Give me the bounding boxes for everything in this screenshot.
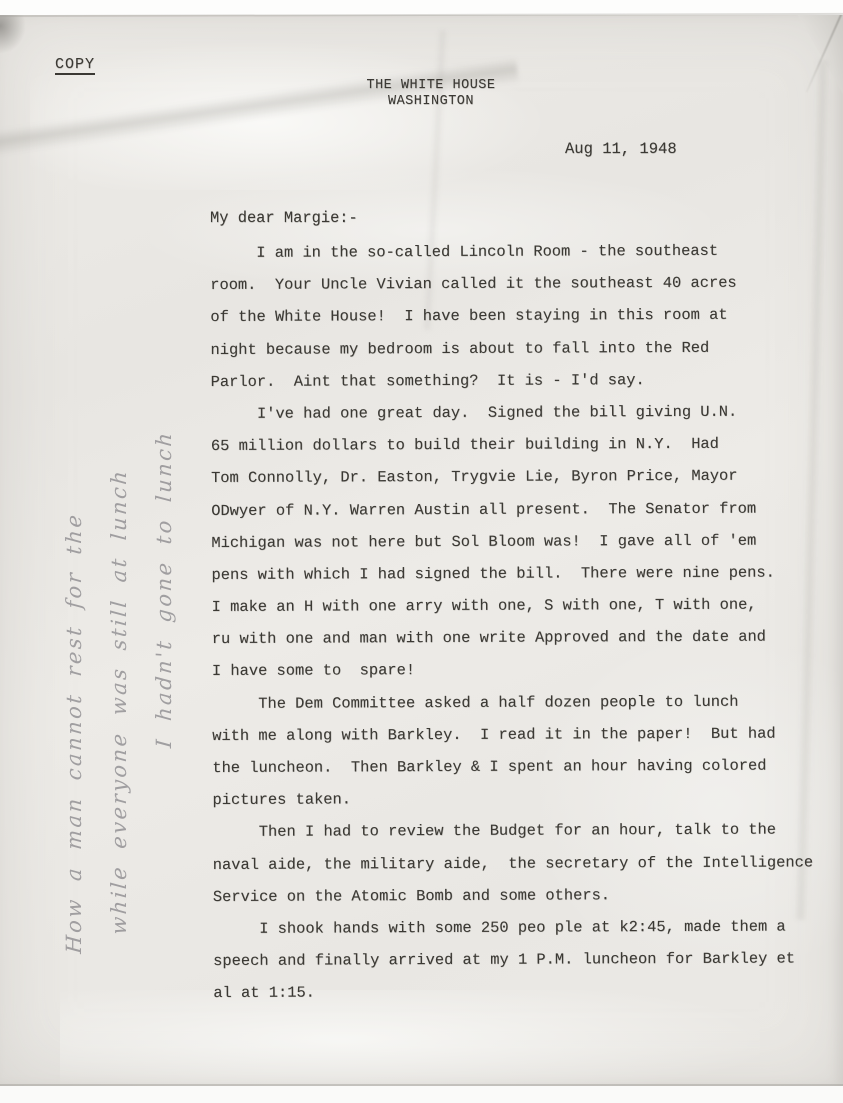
typed-line: Michigan was not here but Sol Bloom was!… xyxy=(211,524,811,559)
typed-line: with me along with Barkley. I read it in… xyxy=(212,717,812,752)
typed-line: ru with one and man with one write Appro… xyxy=(212,621,812,656)
letterhead-line2: WASHINGTON xyxy=(331,94,531,110)
copy-stamp: COPY xyxy=(55,56,95,75)
typed-line: I have some to spare! xyxy=(212,653,812,688)
typed-line: pens with which I had signed the bill. T… xyxy=(211,556,811,591)
typed-line: Parlor. Aint that something? It is - I'd… xyxy=(211,363,811,398)
letter-body: I am in the so-called Lincoln Room - the… xyxy=(210,234,814,1009)
typed-line: of the White House! I have been staying … xyxy=(210,299,810,334)
letterhead: THE WHITE HOUSE WASHINGTON xyxy=(331,78,531,110)
typed-line: naval aide, the military aide, the secre… xyxy=(213,846,813,881)
handwritten-marginalia: How a man cannot rest for thewhile every… xyxy=(52,292,187,961)
typed-line: 65 million dollars to build their buildi… xyxy=(211,428,811,463)
scanned-letter-page: COPY THE WHITE HOUSE WASHINGTON Aug 11, … xyxy=(0,0,843,1103)
typed-line: pictures taken. xyxy=(212,782,812,817)
marginalia-line: I hadn't gone to lunch xyxy=(142,298,187,961)
marginalia-line: while everyone was still at lunch xyxy=(97,295,142,958)
typed-line: ODwyer of N.Y. Warren Austin all present… xyxy=(211,492,811,527)
typed-line: I make an H with one arry with one, S wi… xyxy=(212,588,812,623)
typed-line: I am in the so-called Lincoln Room - the… xyxy=(210,234,810,269)
typed-line: the luncheon. Then Barkley & I spent an … xyxy=(212,749,812,784)
scanner-background-top xyxy=(0,0,843,15)
typed-line: night because my bedroom is about to fal… xyxy=(210,331,810,366)
date-line: Aug 11, 1948 xyxy=(565,140,677,158)
typed-line: I've had one great day. Signed the bill … xyxy=(211,395,811,430)
typed-line: Tom Connolly, Dr. Easton, Trygvie Lie, B… xyxy=(211,460,811,495)
typed-line: room. Your Uncle Vivian called it the so… xyxy=(210,267,810,302)
letterhead-line1: THE WHITE HOUSE xyxy=(331,78,531,94)
typed-line: I shook hands with some 250 peo ple at k… xyxy=(213,910,813,945)
marginalia-line: How a man cannot rest for the xyxy=(52,292,97,955)
typed-line: Service on the Atomic Bomb and some othe… xyxy=(213,878,813,913)
salutation: My dear Margie:- xyxy=(210,209,358,227)
typed-line: speech and finally arrived at my 1 P.M. … xyxy=(213,942,813,977)
scanner-background-bottom xyxy=(0,1086,843,1103)
typed-line: al at 1:15. xyxy=(213,975,813,1010)
typed-line: Then I had to review the Budget for an h… xyxy=(213,814,813,849)
typed-line: The Dem Committee asked a half dozen peo… xyxy=(212,685,812,720)
